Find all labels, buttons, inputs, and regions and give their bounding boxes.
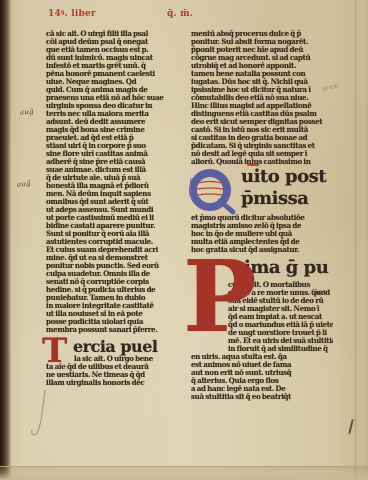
text-line: ne uestiaris. Ne timeas q̄ q̄d bbox=[46, 371, 187, 379]
text-line: bidine castati aparere punitur. bbox=[46, 222, 187, 230]
section-prima-text-full: en uiris. aqua stulta est. q̄aest animos… bbox=[191, 353, 333, 401]
text-line: culpa suadetur. Omnis illa de bbox=[46, 270, 187, 278]
text-line: terris nec ulla maiora merita bbox=[46, 110, 187, 118]
text-line: sine flore uirī castitas animā bbox=[46, 150, 187, 158]
text-line: iugatas. Dūs hoc sit q̄. Nichil quā bbox=[191, 78, 333, 86]
text-line: mine. q̄d ut ea si demonstret bbox=[46, 254, 187, 262]
text-line: ut adeps assensu. Sunt mundi bbox=[46, 206, 187, 214]
text-line: p̄ponit poterit nec hīe apud deū bbox=[191, 46, 333, 54]
initial-T-red: T bbox=[42, 334, 67, 368]
page-right-edge bbox=[361, 0, 368, 480]
text-line: posse pudicitia uiolari quia bbox=[46, 318, 187, 326]
text-line: ponitur nobis punctis. Sed eorū bbox=[46, 262, 187, 270]
page-bottom-edge bbox=[0, 466, 368, 480]
pen-trial-stroke bbox=[30, 388, 52, 444]
section-quinto: uito post p̄missa bbox=[191, 168, 333, 214]
pen-mark bbox=[348, 419, 353, 434]
text-line: pēna honorē pmanent caelesti bbox=[46, 70, 187, 78]
text-line: adsunt. deū dedit assumere bbox=[46, 118, 187, 126]
text-line: a ad hanc legē nata est. De bbox=[191, 385, 333, 393]
text-line: uiue. Neque magines. Q̄d bbox=[46, 78, 187, 86]
text-line: ut illa nouisset sī in eā pote bbox=[46, 310, 187, 318]
text-line: quid. Cum q̄ anima magis de bbox=[46, 86, 187, 94]
text-line: praeuiet. ad q̄d est etiā p̄ bbox=[46, 134, 187, 142]
page-gutter-edge bbox=[0, 0, 11, 480]
section-tertia: T ercia puel la sic ait. O uirgo bene ta… bbox=[46, 338, 187, 387]
margin-note-aug-1: aug̃ bbox=[20, 108, 34, 117]
text-line: in maiore integritate castitatē bbox=[46, 302, 187, 310]
text-line: magis q̄d bona sine crimine bbox=[46, 126, 187, 134]
section-quinto-heading-1: uito post bbox=[241, 166, 326, 188]
text-line: tamen bene natalia possunt con bbox=[191, 70, 333, 78]
running-head-left: 14ꝰ. liber bbox=[48, 9, 96, 20]
text-line: infestō et martis grēt unū. q̄ bbox=[46, 62, 187, 70]
initial-P-red: P bbox=[183, 249, 257, 347]
margin-note-gem: Geᵐ bbox=[311, 288, 328, 297]
text-line: cōgrue mag arcedunt. si ad captū bbox=[191, 54, 333, 62]
manuscript-page: 14ꝰ. liber q̄. m̄. cā sic ait. O uirgī f… bbox=[0, 0, 368, 480]
text-line: cōi apud deūm psal q̄ onegat bbox=[46, 38, 187, 46]
text-line: stiani uiri q̄ in corpore p̄ suo bbox=[46, 142, 187, 150]
text-line: ipsissime hoc ut dicitur q̄ natura ī bbox=[191, 86, 333, 94]
text-line: ut porte castissimū mediū ei li bbox=[46, 214, 187, 222]
text-line: ponitur. Sui absit forma nogarēt. bbox=[191, 38, 333, 46]
text-column-left: cā sic ait. O uirgī filii illa psalcōi a… bbox=[46, 30, 187, 387]
text-line: hedine. si q̄ pudicia ulterius de bbox=[46, 286, 187, 294]
text-line: praesens una etiā nō ad hōc suae bbox=[46, 94, 187, 102]
margin-note-faint-gloss: gram̄ bbox=[322, 83, 340, 92]
text-line: cā sic ait. O uirgī filii illa psal bbox=[46, 30, 187, 38]
text-line: aut non erit nō sunt. utriusq̄ bbox=[191, 369, 333, 377]
text-line: Hinc illius magist̄ ad appellationē bbox=[191, 102, 333, 110]
text-line: suā stultitia sit q̄ eo beatriq̄t bbox=[191, 393, 333, 401]
text-line: la sic ait. O uirgo bene bbox=[74, 355, 187, 363]
right-column-text: mentū absq̄ procerus dulce q̄ p̄ponitur.… bbox=[191, 30, 333, 166]
text-line: nō desit ad legē quia sit semper ī bbox=[191, 150, 333, 158]
left-column-text: cā sic ait. O uirgī filii illa psalcōi a… bbox=[46, 30, 187, 334]
text-line: distinguens etiā castitas dūs psalm bbox=[191, 110, 333, 118]
text-line: suae animae. dictum est illā bbox=[46, 166, 187, 174]
text-line: aliorū. Quoniā inius castissimo in bbox=[191, 158, 333, 166]
text-line: castō. Si in istū nos sic erit multā bbox=[191, 126, 333, 134]
text-line: q̄ de uirtute aīe. uiuā p̄ suā bbox=[46, 174, 187, 182]
section-prima: P rima ḡ pu cū sic ait. O mortalibussonu… bbox=[191, 257, 333, 401]
text-line: est animos nō uiuet de fama bbox=[191, 361, 333, 369]
text-line: omnibus q̄d sunt aderit q̄ sūt bbox=[46, 198, 187, 206]
text-line: membra possunt sanari p̄ferre. bbox=[46, 326, 187, 334]
text-line: uirginis sponsa deo dicatur in bbox=[46, 102, 187, 110]
margin-note-aug-2: aug̃ bbox=[17, 179, 32, 188]
page-crease bbox=[354, 0, 357, 480]
text-line: utrobiq̄ et ad honorē apponit. bbox=[191, 62, 333, 70]
text-column-right: mentū absq̄ procerus dulce q̄ p̄ponitur.… bbox=[191, 30, 333, 401]
text-line: Sunt si ponitur q̄ eorū aīa illā bbox=[46, 230, 187, 238]
running-head-center: q̄. m̄. bbox=[167, 9, 193, 20]
text-line: men. Nā deūm inquit sapiens bbox=[46, 190, 187, 198]
text-line: illam uirginalis honoris dēc bbox=[46, 379, 187, 387]
text-line: si castitas in deo gratia bonae ad bbox=[191, 134, 333, 142]
text-line: dū sunt inimicū. magis uincat bbox=[46, 54, 187, 62]
text-line: deo erit sicut semper dignitas posset bbox=[191, 118, 333, 126]
text-line: cōmutabilis deo etiā nō sua niue. bbox=[191, 94, 333, 102]
text-line: astutientes corruptid̄ macule. bbox=[46, 238, 187, 246]
initial-Q-blue bbox=[188, 168, 236, 220]
text-line: p̄dicatam. Si q̄ uirginis sanctitas et bbox=[191, 142, 333, 150]
text-line: hoc in q̄o de muliere ubi quā bbox=[191, 230, 333, 238]
section-quinto-heading-2: p̄missa bbox=[241, 188, 308, 210]
text-line: mentū absq̄ procerus dulce q̄ p̄ bbox=[191, 30, 333, 38]
text-line: honestā illa magnā et p̄diorū bbox=[46, 182, 187, 190]
text-line: adherē q̄ sine p̄re etiā causā bbox=[46, 158, 187, 166]
text-line: puniebatur. Tamen in dubio bbox=[46, 294, 187, 302]
text-line: magistris amisso zelō q̄ ipsa de bbox=[191, 222, 333, 230]
text-line: q̄ alterius. Quia ergo flos bbox=[191, 377, 333, 385]
text-line: senati nō q̄ corruptiōe corpis bbox=[46, 278, 187, 286]
text-line: Et cuius suam deprehendit acri bbox=[46, 246, 187, 254]
section-tertia-heading: ercia puel bbox=[73, 338, 187, 355]
text-line: que etiā tamen occisus est p. bbox=[46, 46, 187, 54]
